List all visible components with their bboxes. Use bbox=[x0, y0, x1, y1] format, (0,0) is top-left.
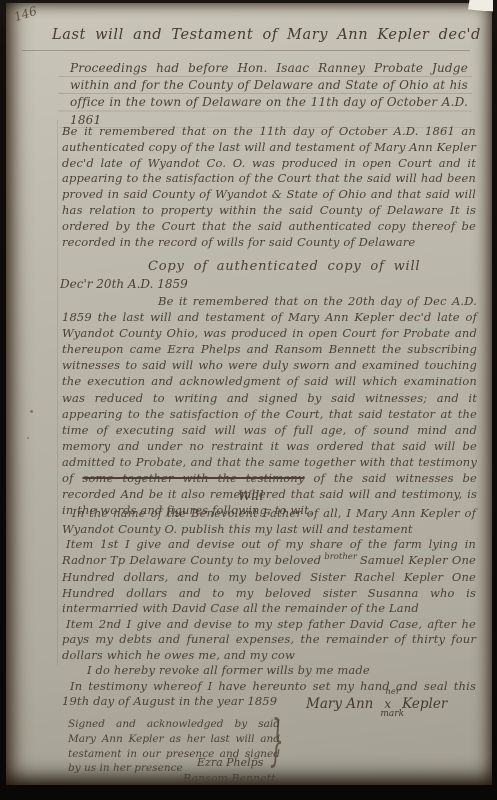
recording-order-paragraph: Be it remembered that on the 11th day of… bbox=[62, 124, 476, 250]
will-heading: Will bbox=[238, 489, 264, 504]
document-title: Last will and Testament of Mary Ann Kepl… bbox=[52, 27, 466, 43]
ink-speck bbox=[30, 410, 33, 413]
item1-inserted-word: brother bbox=[324, 552, 357, 562]
will-item-1: Item 1st I give and devise out of my sha… bbox=[62, 537, 476, 617]
ink-speck bbox=[27, 437, 29, 439]
signature-mark-label: mark bbox=[380, 709, 404, 719]
signature-last-name: Kepler bbox=[402, 696, 447, 712]
title-underline-rule bbox=[22, 50, 470, 51]
copy-date-line: Dec'r 20th A.D. 1859 bbox=[60, 277, 188, 291]
witness-signature-1: Ezra Phelps bbox=[197, 755, 276, 771]
will-preamble: In the name of the Benevolent Father of … bbox=[62, 506, 476, 537]
signature-her-label: her bbox=[385, 687, 400, 697]
witness-signature-2: Ransom Bennett bbox=[183, 771, 276, 787]
will-body: In the name of the Benevolent Father of … bbox=[62, 506, 476, 710]
signature-first-names: Mary Ann bbox=[306, 696, 373, 712]
copy-section-heading: Copy of authenticated copy of will bbox=[148, 259, 420, 274]
margin-rule bbox=[57, 120, 58, 665]
testator-signature: Mary AnnherxmarkKepler bbox=[306, 696, 447, 712]
probate-text-part1: Be it remembered that on the 20th day of… bbox=[62, 294, 477, 485]
proceedings-paragraph: Proceedings had before Hon. Isaac Ranney… bbox=[70, 60, 468, 129]
probate-struck-text: some together with the testimony bbox=[82, 471, 304, 485]
revocation-clause: I do hereby revoke all former wills by m… bbox=[62, 663, 476, 679]
witness-signatures: Ezra Phelps Ransom Bennett bbox=[197, 755, 276, 786]
probate-paragraph: Be it remembered that on the 20th day of… bbox=[62, 293, 477, 518]
signature-mark-stack: herxmark bbox=[384, 696, 391, 712]
scanned-record-page: 146 Last will and Testament of Mary Ann … bbox=[0, 0, 497, 800]
will-item-2: Item 2nd I give and devise to my step fa… bbox=[62, 617, 476, 664]
